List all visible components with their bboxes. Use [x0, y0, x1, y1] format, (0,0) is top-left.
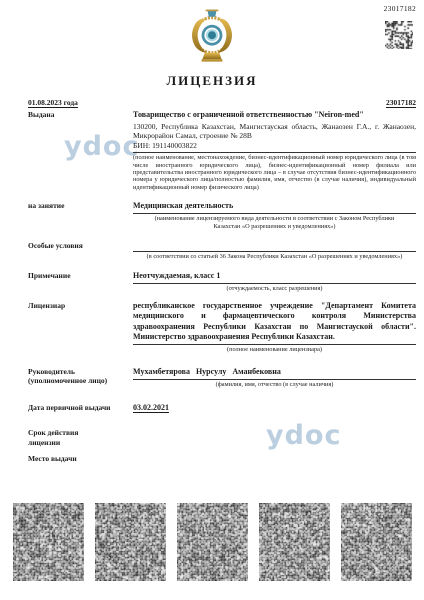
corner-document-number: 23017182	[384, 4, 416, 13]
field-label: Лицензиар	[28, 301, 133, 354]
field-validity-period: Срок действия лицензии	[28, 428, 416, 447]
field-caption: (в соответствии со статьей 36 Закона Рес…	[133, 253, 416, 260]
licensee-bin: БИН: 191140003822	[133, 141, 416, 150]
field-caption: (полное наименование, местонахождение, б…	[133, 154, 416, 191]
licensee-address: 130200, Республика Казахстан, Мангистаус…	[133, 122, 416, 141]
stamp-barcode-icon	[177, 503, 248, 581]
field-first-issue-date: Дата первичной выдачи 03.02.2021	[28, 403, 416, 413]
field-licensor: Лицензиар республиканское государственно…	[28, 301, 416, 354]
stamp-barcode-icon	[259, 503, 330, 581]
license-number: 23017182	[386, 98, 416, 108]
stamp-barcode-icon	[95, 503, 166, 581]
license-form: Выдана Товарищество с ограниченной ответ…	[28, 110, 416, 463]
qr-code-icon	[385, 21, 413, 49]
stamp-barcode-icon	[341, 503, 412, 581]
date-number-line: 01.08.2023 года 23017182	[28, 98, 416, 108]
divider	[133, 251, 416, 252]
field-caption: (наименование лицензируемого вида деятел…	[133, 215, 416, 230]
field-label: Срок действия	[28, 428, 133, 437]
divider	[133, 344, 416, 345]
divider	[133, 213, 416, 214]
divider	[133, 379, 416, 380]
empty-value	[133, 454, 416, 463]
first-issue-date-value: 03.02.2021	[133, 403, 169, 413]
field-issued-to: Выдана Товарищество с ограниченной ответ…	[28, 110, 416, 191]
divider	[133, 283, 416, 284]
field-activity: на занятие Медицинская деятельность (наи…	[28, 201, 416, 230]
field-caption: (полное наименование лицензиара)	[133, 346, 416, 353]
divider	[133, 152, 416, 153]
empty-value	[133, 428, 416, 447]
empty-value	[133, 241, 416, 249]
field-label: Место выдачи	[28, 454, 133, 463]
field-caption: (отчуждаемость, класс разрешения)	[133, 285, 416, 292]
field-label: на занятие	[28, 201, 133, 230]
issue-date: 01.08.2023 года	[28, 98, 78, 108]
field-label: Руководитель	[28, 367, 133, 376]
field-label: Особые условия	[28, 241, 133, 260]
field-caption: (фамилия, имя, отчество (в случае наличи…	[133, 381, 416, 388]
field-label: Выдана	[28, 110, 133, 191]
stamp-barcode-row	[13, 503, 412, 581]
field-label: (уполномоченное лицо)	[28, 376, 133, 385]
license-document: 23017182	[0, 0, 424, 600]
field-label: Дата первичной выдачи	[28, 403, 133, 413]
field-special-conditions: Особые условия (в соответствии со статье…	[28, 241, 416, 260]
licensee-name: Товарищество с ограниченной ответственно…	[133, 110, 416, 120]
kazakhstan-coat-of-arms-icon	[188, 8, 236, 64]
document-title: ЛИЦЕНЗИЯ	[0, 73, 424, 89]
field-note: Примечание Неотчуждаемая, класс 1 (отчуж…	[28, 271, 416, 292]
head-name: Мухамбетярова Нурсулу Аманбековна	[133, 367, 416, 377]
field-head: Руководитель (уполномоченное лицо) Мухам…	[28, 367, 416, 388]
field-label: Примечание	[28, 271, 133, 292]
licensor-value: республиканское государственное учрежден…	[133, 301, 416, 343]
stamp-barcode-icon	[13, 503, 84, 581]
field-label: лицензии	[28, 438, 133, 447]
activity-value: Медицинская деятельность	[133, 201, 416, 211]
field-issue-place: Место выдачи	[28, 454, 416, 463]
note-value: Неотчуждаемая, класс 1	[133, 271, 416, 281]
